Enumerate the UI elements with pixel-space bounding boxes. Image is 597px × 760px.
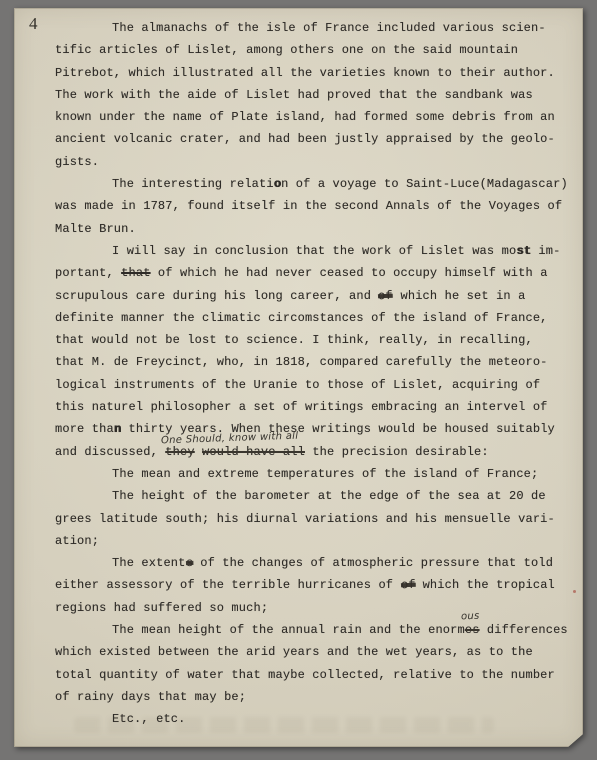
- typed-text: portant,: [55, 266, 121, 280]
- document-page: 4 The almanachs of the isle of France in…: [14, 8, 583, 747]
- typed-text: Pitrebot, which illustrated all the vari…: [55, 66, 555, 80]
- typed-text: and discussed,: [55, 445, 165, 459]
- typed-line: which existed between the arid years and…: [55, 645, 585, 667]
- typed-line: scrupulous care during his long career, …: [55, 289, 585, 311]
- typed-line: Pitrebot, which illustrated all the vari…: [55, 66, 585, 88]
- typed-line: The mean and extreme temperatures of the…: [55, 467, 585, 489]
- typed-text: gists.: [55, 155, 99, 169]
- typed-text: definite manner the climatic circomstanc…: [55, 311, 548, 325]
- typed-line: The almanachs of the isle of France incl…: [55, 21, 585, 43]
- typed-text: the precision desirable:: [305, 445, 489, 459]
- typed-text: I will say in conclusion that the work o…: [112, 244, 516, 258]
- typed-text: which existed between the arid years and…: [55, 645, 533, 659]
- typed-text: that M. de Freycinct, who, in 1818, comp…: [55, 355, 548, 369]
- typed-text: scrupulous care during his long career, …: [55, 289, 378, 303]
- struck-text: of: [400, 578, 415, 593]
- struck-text: s: [185, 556, 193, 570]
- typed-line: The height of the barometer at the edge …: [55, 489, 585, 511]
- typed-text: more tha: [55, 422, 114, 436]
- typed-line: total quantity of water that maybe colle…: [55, 668, 585, 690]
- typed-line: definite manner the climatic circomstanc…: [55, 311, 585, 333]
- typed-text: The height of the barometer at the edge …: [112, 489, 546, 503]
- typed-text: of rainy days that may be;: [55, 690, 246, 704]
- typed-line: more than thirty years. When these writi…: [55, 422, 585, 444]
- typed-text-block: The almanachs of the isle of France incl…: [55, 21, 585, 735]
- typed-text: that would not be lost to science. I thi…: [55, 333, 533, 347]
- typed-text: total quantity of water that maybe colle…: [55, 668, 555, 682]
- typed-line: The interesting relation of a voyage to …: [55, 177, 585, 199]
- typed-line: ation;: [55, 534, 585, 556]
- typed-line: was made in 1787, found itself in the se…: [55, 199, 585, 221]
- typed-text: either assessory of the terrible hurrica…: [55, 578, 401, 592]
- typed-text: logical instruments of the Uranie to tho…: [55, 378, 540, 392]
- typed-line: of rainy days that may be;: [55, 690, 585, 712]
- typed-line: either assessory of the terrible hurrica…: [55, 578, 585, 600]
- typed-text: differences: [480, 623, 568, 637]
- typed-text: The almanachs of the isle of France incl…: [112, 21, 546, 35]
- paper-speck: [573, 590, 576, 593]
- typed-line: known under the name of Plate island, ha…: [55, 110, 585, 132]
- typed-text: The mean and extreme temperatures of the…: [112, 467, 538, 481]
- typed-line: The extents of the changes of atmospheri…: [55, 556, 585, 578]
- struck-text: theyOne Should, know with all: [165, 445, 194, 459]
- typed-line: Malte Brun.: [55, 222, 585, 244]
- page-number: 4: [29, 14, 38, 34]
- typed-line: The mean height of the annual rain and t…: [55, 623, 585, 645]
- typed-line: that M. de Freycinct, who, in 1818, comp…: [55, 355, 585, 377]
- typed-text: n of a voyage to Saint-Luce(Madagascar): [281, 177, 568, 191]
- struck-text: of: [378, 288, 393, 303]
- typed-text: which he set in a: [393, 289, 525, 303]
- struck-text: would have all: [202, 445, 305, 459]
- typed-line: portant, that of which he had never ceas…: [55, 266, 585, 288]
- typed-text: tific articles of Lislet, among others o…: [55, 43, 518, 57]
- handwritten-correction: ous: [461, 611, 480, 623]
- typed-line: The work with the aide of Lislet had pro…: [55, 88, 585, 110]
- typed-text: im-: [531, 244, 560, 258]
- scan-background: { "colors":{"background":"#757473","pape…: [0, 0, 597, 760]
- typed-text: The mean height of the annual rain and t…: [112, 623, 465, 637]
- typed-line: that would not be lost to science. I thi…: [55, 333, 585, 355]
- typed-text: regions had suffered so much;: [55, 601, 268, 615]
- typed-line: grees latitude south; his diurnal variat…: [55, 512, 585, 534]
- typed-line: I will say in conclusion that the work o…: [55, 244, 585, 266]
- typed-line: regions had suffered so much;: [55, 601, 585, 623]
- typed-text: grees latitude south; his diurnal variat…: [55, 512, 555, 526]
- typed-text: o: [274, 177, 281, 191]
- typed-text: Malte Brun.: [55, 222, 136, 236]
- typed-text: was made in 1787, found itself in the se…: [55, 199, 562, 213]
- typed-line: ancient volcanic crater, and had been ju…: [55, 132, 585, 154]
- typed-text: of which he had never ceased to occupy h…: [151, 266, 548, 280]
- typed-line: this naturel philosopher a set of writin…: [55, 400, 585, 422]
- typed-line: gists.: [55, 155, 585, 177]
- typed-text: The work with the aide of Lislet had pro…: [55, 88, 533, 102]
- struck-text: that: [121, 266, 150, 280]
- struck-text: esous: [465, 623, 480, 637]
- typed-text: st: [516, 244, 531, 258]
- typed-text: this naturel philosopher a set of writin…: [55, 400, 548, 414]
- typed-text: The interesting relati: [112, 177, 274, 191]
- typed-text: which the tropical: [415, 578, 555, 592]
- typed-line: and discussed, theyOne Should, know with…: [55, 445, 585, 467]
- typed-text: ancient volcanic crater, and had been ju…: [55, 132, 555, 146]
- typed-text: known under the name of Plate island, ha…: [55, 110, 555, 124]
- typed-text: The extent: [112, 556, 186, 570]
- typed-line: tific articles of Lislet, among others o…: [55, 43, 585, 65]
- document-paper-wrapper: 4 The almanachs of the isle of France in…: [14, 8, 583, 747]
- typed-line: logical instruments of the Uranie to tho…: [55, 378, 585, 400]
- typed-text: of the changes of atmospheric pressure t…: [193, 556, 553, 570]
- typed-text: ation;: [55, 534, 99, 548]
- ink-bleed-through: [74, 717, 494, 733]
- typed-text: [195, 445, 202, 459]
